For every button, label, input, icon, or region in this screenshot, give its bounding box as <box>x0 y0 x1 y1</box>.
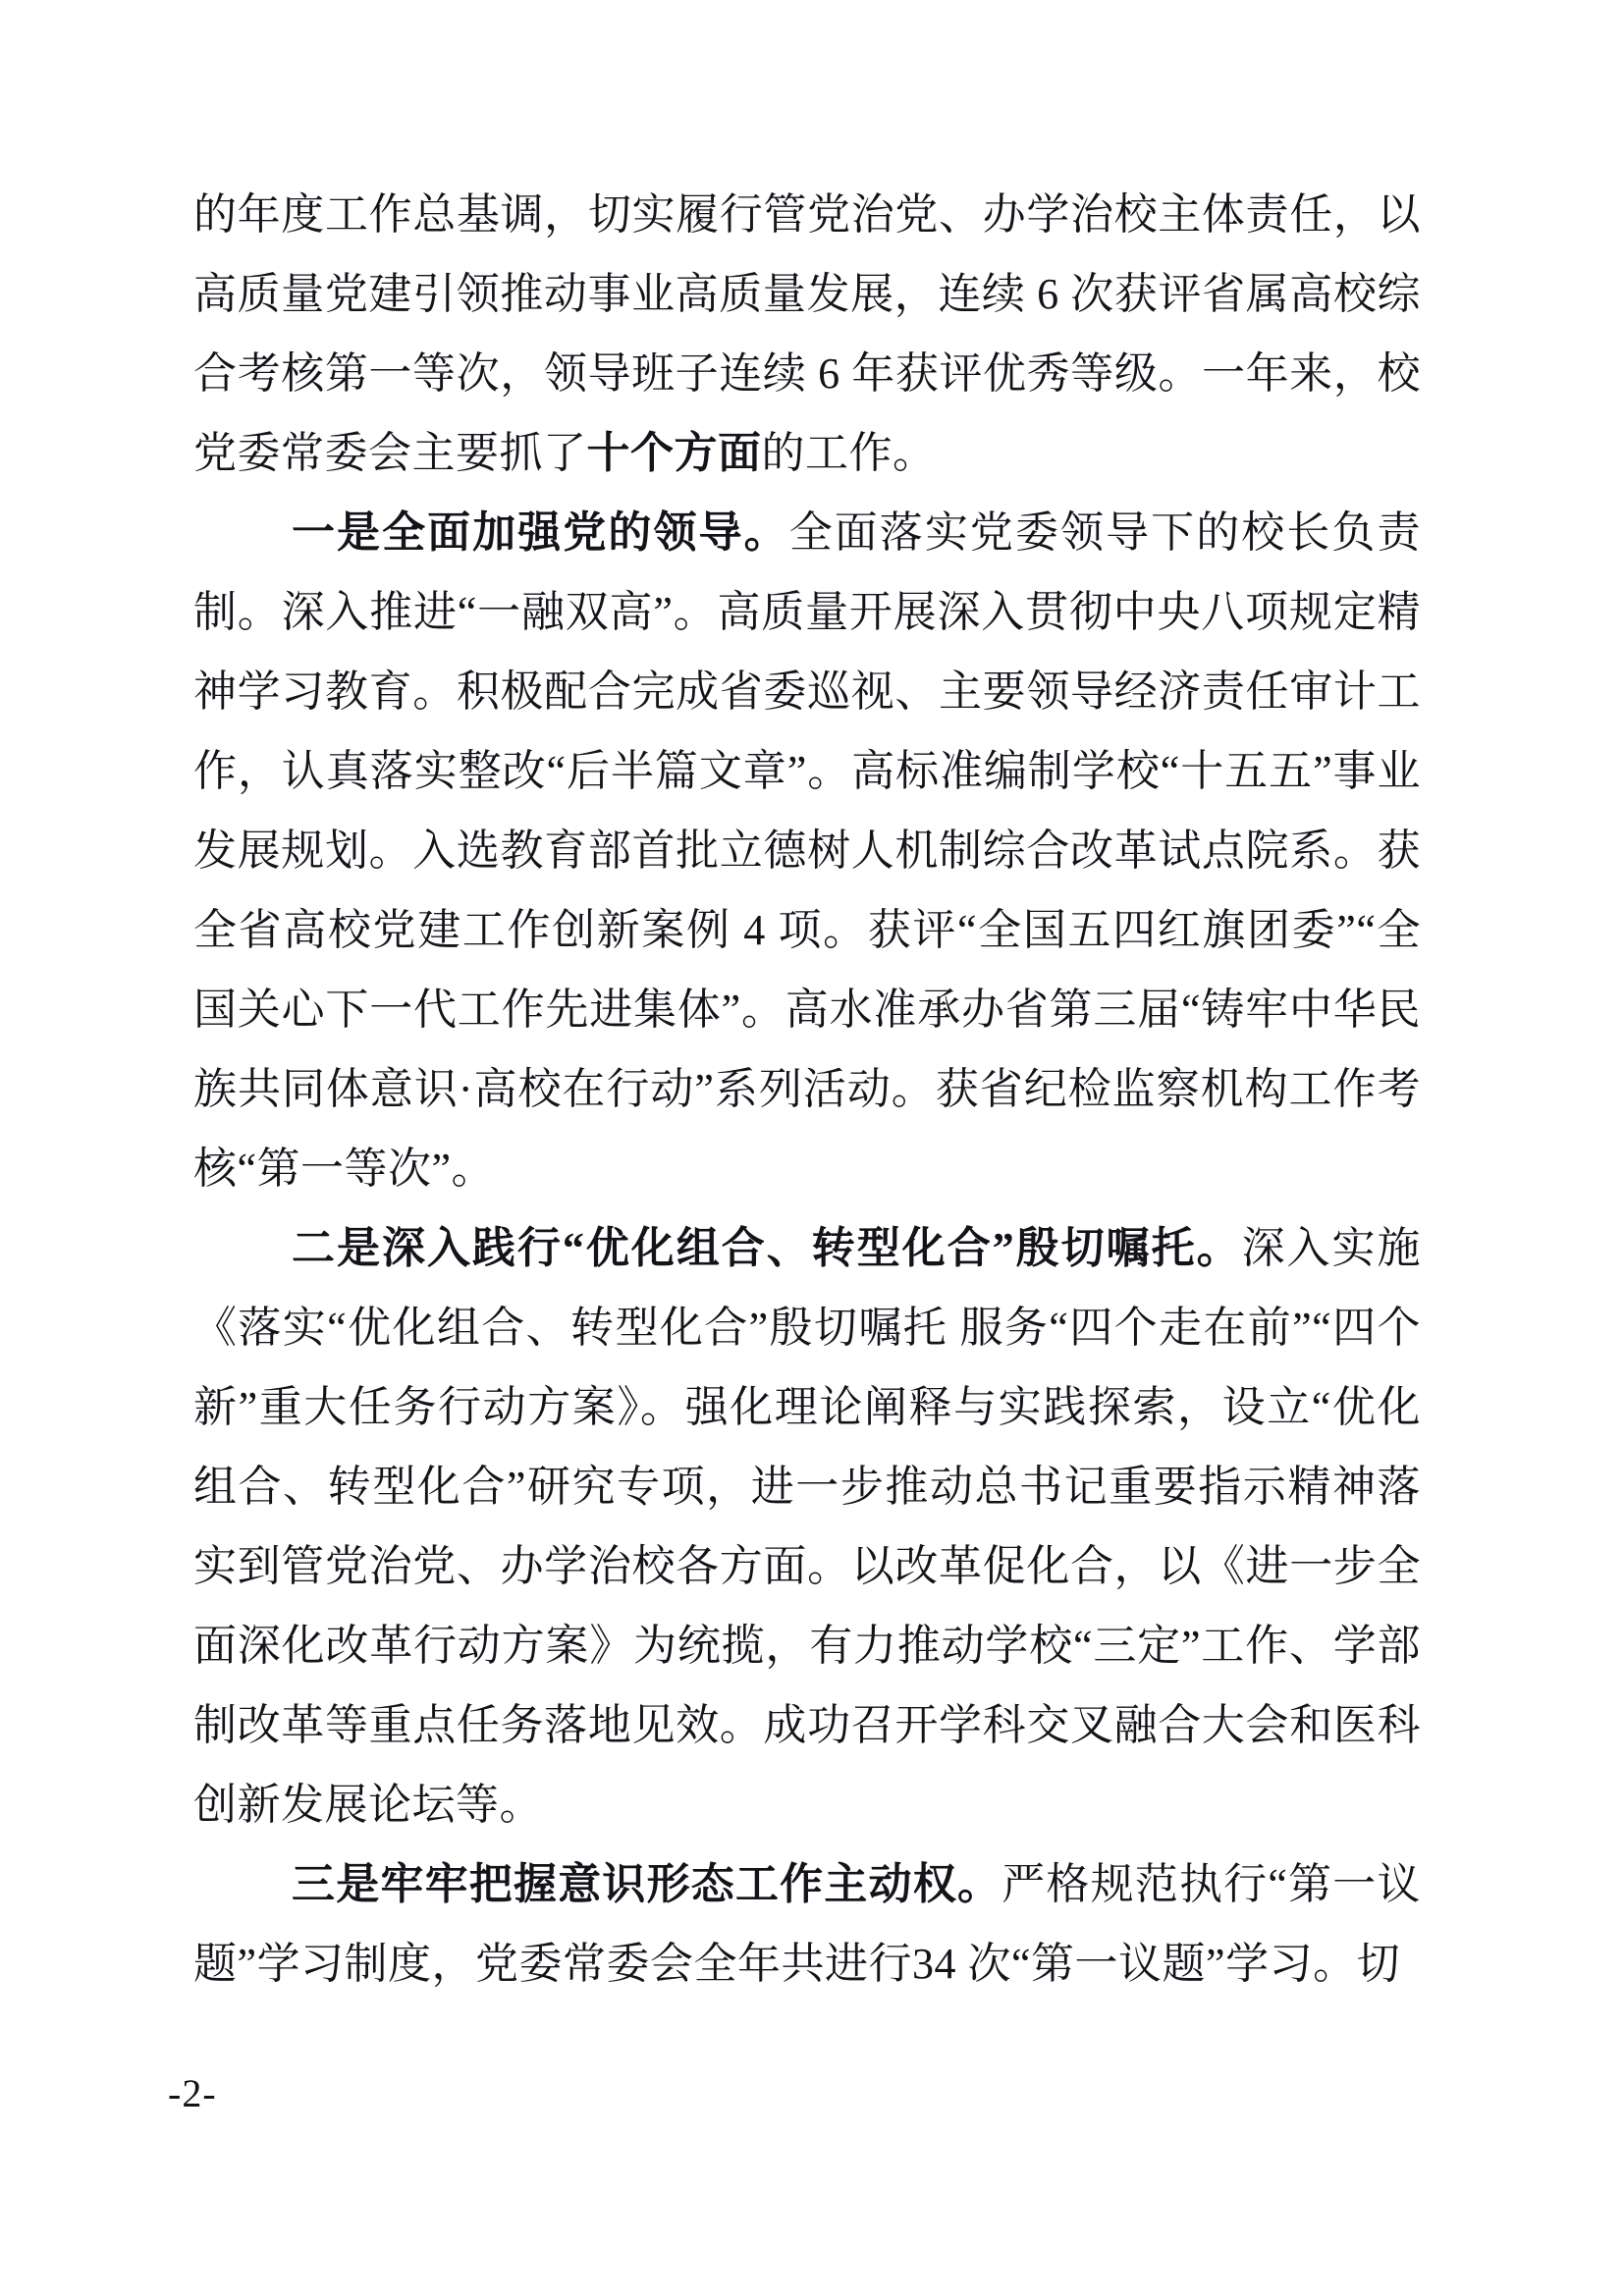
para-continuation: 的年度工作总基调，切实履行管党治党、办学治校主体责任，以高质量党建引领推动事业高… <box>193 175 1421 493</box>
emphasis-text: 三是牢牢把握意识形态工作主动权。 <box>292 1860 1001 1908</box>
body-text: 全面落实党委领导下的校长负责制。深入推进“一融双高”。高质量开展深入贯彻中央八项… <box>193 508 1421 1193</box>
document-page: 的年度工作总基调，切实履行管党治党、办学治校主体责任，以高质量党建引领推动事业高… <box>0 0 1624 2296</box>
para-point-two: 二是深入践行“优化组合、转型化合”殷切嘱托。深入实施《落实“优化组合、转型化合”… <box>193 1208 1421 1844</box>
para-point-three: 三是牢牢把握意识形态工作主动权。严格规范执行“第一议题”学习制度，党委常委会全年… <box>193 1844 1421 2003</box>
body-text: 的工作。 <box>762 429 937 477</box>
emphasis-text: 二是深入践行“优化组合、转型化合”殷切嘱托。 <box>292 1224 1242 1272</box>
para-point-one: 一是全面加强党的领导。全面落实党委领导下的校长负责制。深入推进“一融双高”。高质… <box>193 493 1421 1208</box>
emphasis-text: 一是全面加强党的领导。 <box>292 508 789 557</box>
page-number: -2- <box>168 2069 217 2118</box>
emphasis-text: 十个方面 <box>587 429 762 477</box>
body-text: 深入实施《落实“优化组合、转型化合”殷切嘱托 服务“四个走在前”“四个新”重大任… <box>193 1224 1421 1829</box>
document-body: 的年度工作总基调，切实履行管党治党、办学治校主体责任，以高质量党建引领推动事业高… <box>193 175 1421 2003</box>
